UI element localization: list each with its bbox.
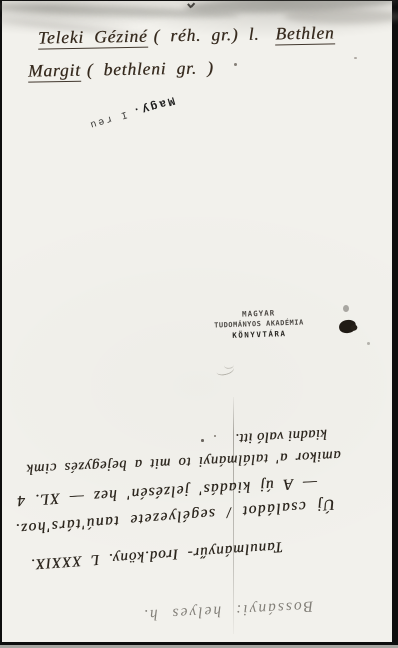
inverted-pencil-line: Bossányi: helyes h.: [142, 597, 314, 624]
ink-speck: [234, 63, 237, 66]
inverted-handwriting-line: amikor a' találmányi to mit a bejegyzés …: [26, 446, 341, 477]
inverted-typed-stamp: Magy.I reu: [70, 87, 194, 140]
ink-speck: [354, 57, 357, 59]
heading-line-1: Teleki Géziné( réh. gr.) l.Bethlen: [38, 22, 335, 48]
scanned-catalog-card: Teleki Géziné( réh. gr.) l.Bethlen Margi…: [0, 0, 398, 648]
heading-qualifier: ( réh. gr.) l.: [153, 24, 259, 46]
ink-blot: [338, 318, 357, 334]
heading-line-2: Margit( bethleni gr. ): [28, 57, 214, 81]
check-mark-icon: [187, 3, 196, 10]
ink-speck: [367, 342, 370, 345]
card-paper: Teleki Géziné( réh. gr.) l.Bethlen Margi…: [2, 1, 392, 642]
inverted-handwriting-line: Tanulmányűr- Irod.köny. L XXXIX.: [30, 537, 284, 572]
heading-name-underlined: Teleki Géziné: [38, 26, 148, 50]
ink-speck: [343, 305, 349, 312]
ink-dot: [201, 439, 204, 442]
inverted-typed-stamp-bold: Magy.: [130, 93, 176, 118]
ink-dot: [214, 435, 216, 437]
inverted-handwriting-line: kiadni való itt.: [235, 425, 328, 447]
pencil-squiggle: [215, 363, 235, 377]
paper-crease-shading: [284, 9, 398, 24]
library-stamp: MAGYAR TUDOMÁNYOS AKADÉMIA KÖNYVTÁRA: [190, 307, 329, 342]
heading-qualifier: ( bethleni gr. ): [87, 57, 214, 79]
heading-reference-underlined: Bethlen: [275, 22, 334, 45]
heading-name-underlined: Margit: [28, 60, 81, 83]
inverted-typed-stamp-light: I reu: [87, 108, 128, 130]
